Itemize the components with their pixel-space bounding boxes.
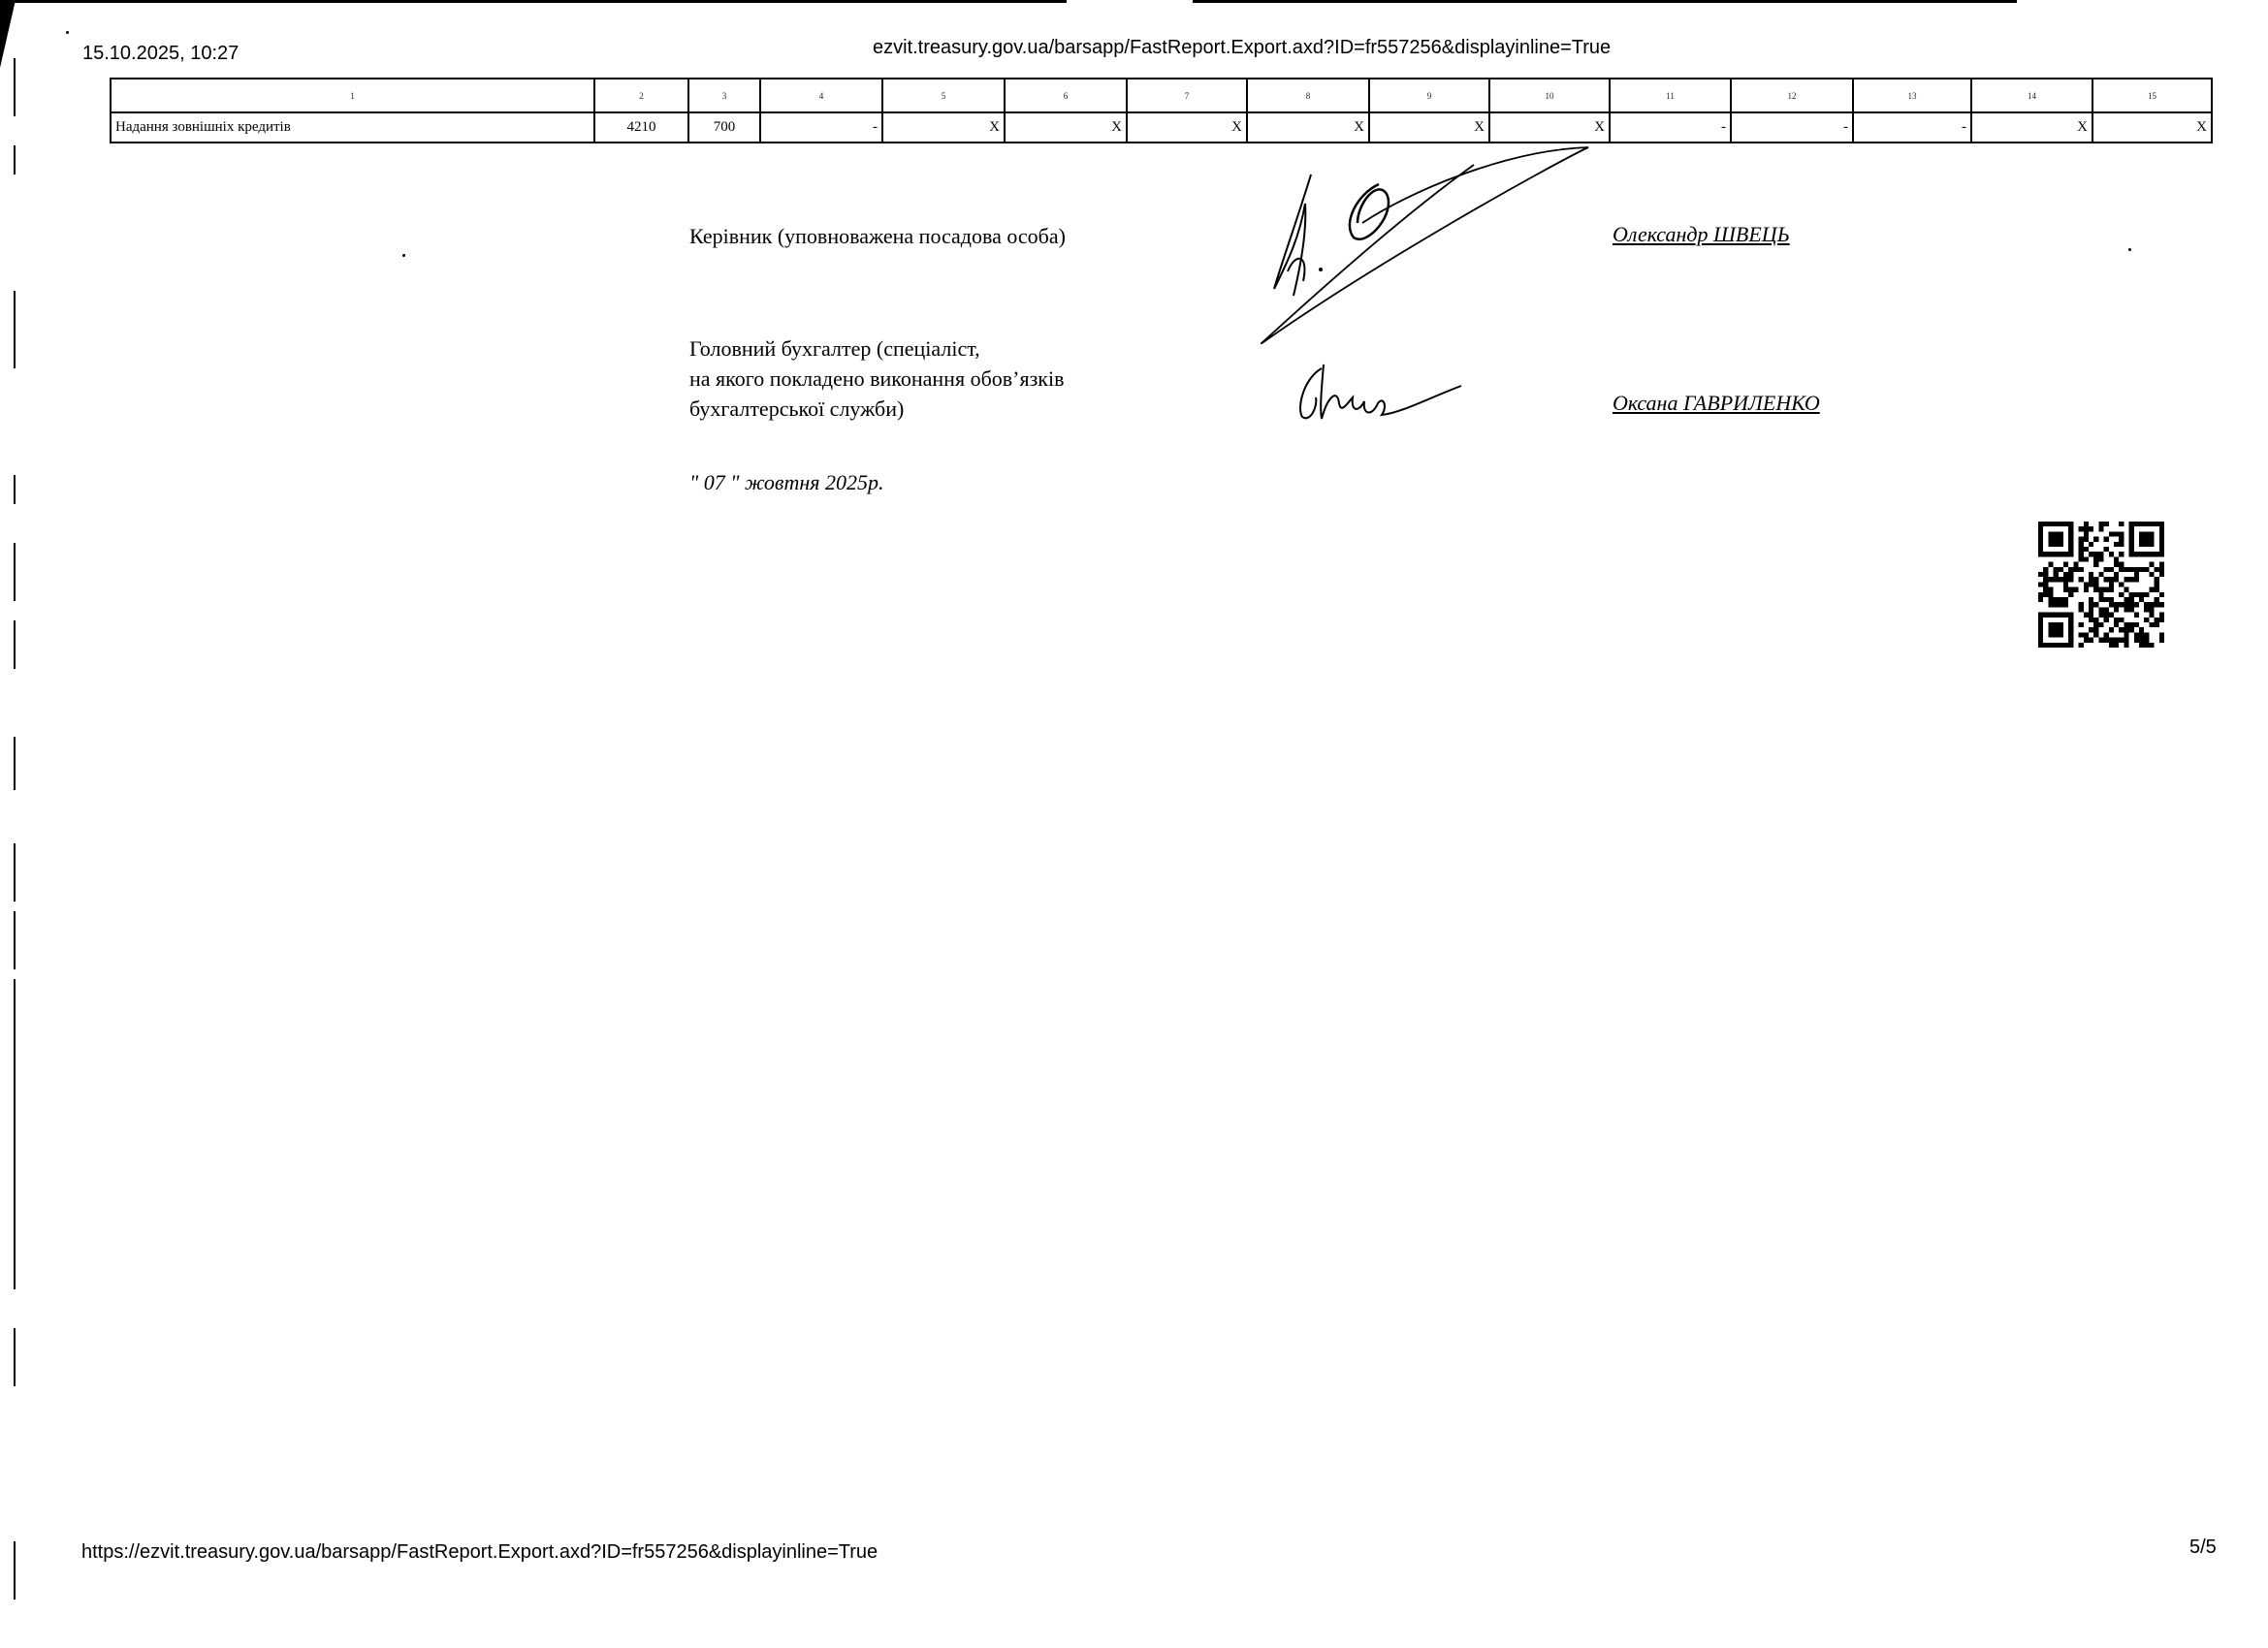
table-header-row: 123456789101112131415	[111, 79, 2212, 112]
column-number-header: 3	[688, 79, 760, 112]
print-header-url: ezvit.treasury.gov.ua/barsapp/FastReport…	[873, 37, 1611, 59]
table-cell: -	[1731, 112, 1853, 143]
table-cell: -	[760, 112, 882, 143]
column-number-header: 13	[1853, 79, 1971, 112]
director-label: Керівник (уповноважена посадова особа)	[689, 221, 1066, 251]
table-cell: X	[1489, 112, 1610, 143]
scan-border-gap	[2017, 0, 2268, 3]
table-cell: X	[1247, 112, 1369, 143]
column-number-header: 1	[111, 79, 594, 112]
signature-date: " 07 " жовтня 2025р.	[689, 470, 883, 495]
column-number-header: 10	[1489, 79, 1610, 112]
print-footer-url: https://ezvit.treasury.gov.ua/barsapp/Fa…	[81, 1541, 878, 1564]
column-number-header: 8	[1247, 79, 1369, 112]
row-name-cell: Надання зовнішніх кредитів	[111, 112, 594, 143]
column-number-header: 14	[1971, 79, 2092, 112]
table-cell: X	[1127, 112, 1247, 143]
table-cell: X	[1971, 112, 2092, 143]
table-cell: X	[1369, 112, 1489, 143]
scan-edge-line	[14, 145, 16, 174]
page-number: 5/5	[2189, 1537, 2217, 1559]
report-table: 123456789101112131415 Надання зовнішніх …	[110, 78, 2213, 143]
scan-edge-line	[14, 475, 16, 504]
column-number-header: 2	[594, 79, 688, 112]
scan-border-gap	[1067, 0, 1193, 3]
scan-edge-line	[14, 291, 16, 368]
scan-edge-line	[14, 58, 16, 116]
scan-speck	[2128, 248, 2131, 251]
scan-edge-line	[14, 543, 16, 601]
table-cell: -	[1610, 112, 1731, 143]
column-number-header: 15	[2092, 79, 2212, 112]
scan-edge-line	[14, 737, 16, 790]
table-cell: -	[1853, 112, 1971, 143]
scan-edge-line	[14, 620, 16, 669]
scan-edge-line	[14, 979, 16, 1289]
scan-speck	[66, 31, 69, 34]
column-number-header: 7	[1127, 79, 1247, 112]
table-cell: X	[882, 112, 1005, 143]
accountant-label-line: на якого покладено виконання обов’язків	[689, 364, 1064, 394]
accountant-signature-icon	[1294, 359, 1469, 425]
table-cell: 4210	[594, 112, 688, 143]
column-number-header: 6	[1005, 79, 1127, 112]
column-number-header: 11	[1610, 79, 1731, 112]
column-number-header: 9	[1369, 79, 1489, 112]
column-number-header: 5	[882, 79, 1005, 112]
accountant-label: Головний бухгалтер (спеціаліст, на якого…	[689, 333, 1064, 424]
table-cell: 700	[688, 112, 760, 143]
table-cell: X	[2092, 112, 2212, 143]
scan-speck	[402, 254, 405, 257]
scan-edge-line	[14, 1328, 16, 1386]
accountant-label-line: бухгалтерської служби)	[689, 394, 1064, 424]
accountant-name: Оксана ГАВРИЛЕНКО	[1613, 391, 1820, 416]
column-number-header: 4	[760, 79, 882, 112]
director-name: Олександр ШВЕЦЬ	[1613, 222, 1790, 247]
scan-edge-line	[14, 1541, 16, 1600]
scan-edge-line	[14, 911, 16, 969]
scan-edge-line	[14, 843, 16, 902]
table-row: Надання зовнішніх кредитів4210700-XXXXXX…	[111, 112, 2212, 143]
qr-code-icon	[2038, 521, 2164, 649]
accountant-label-line: Головний бухгалтер (спеціаліст,	[689, 333, 1064, 364]
column-number-header: 12	[1731, 79, 1853, 112]
table-cell: X	[1005, 112, 1127, 143]
print-timestamp: 15.10.2025, 10:27	[82, 43, 239, 65]
director-signature-icon	[1261, 145, 1590, 344]
